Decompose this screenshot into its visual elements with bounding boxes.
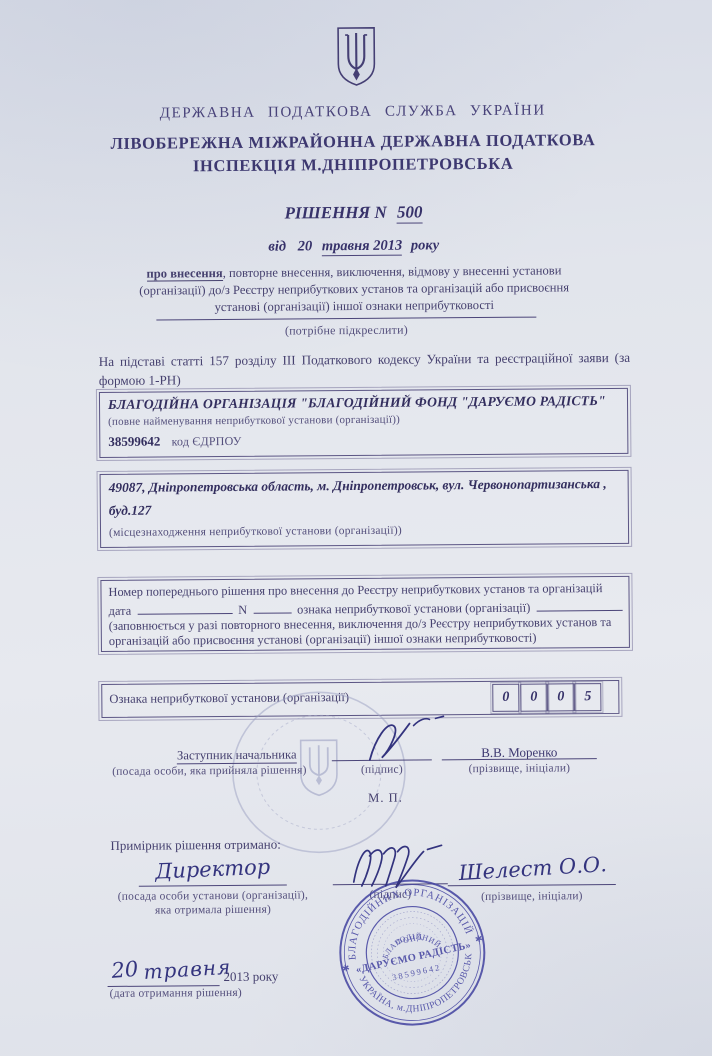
underline-rule <box>156 317 536 321</box>
receipt-position-line <box>139 859 287 887</box>
subject-line1-rest: , повторне внесення, виключення, відмову… <box>223 263 562 280</box>
basis-line2: формою 1-РН) <box>99 367 631 390</box>
decision-date-suffix: року <box>411 237 439 253</box>
edrpou-label: код ЄДРПОУ <box>172 434 242 449</box>
decision-date-line: від 20 травня 2013 року <box>154 236 554 256</box>
receipt-date-line <box>107 959 219 987</box>
agency-title: ДЕРЖАВНА ПОДАТКОВА СЛУЖБА УКРАЇНИ <box>53 102 653 124</box>
edrpou-code: 38599642 <box>108 434 160 449</box>
state-emblem-icon <box>334 26 378 88</box>
prev-date-blank <box>137 601 232 615</box>
decision-date-day: 20 <box>298 238 313 254</box>
approval-name-caption: (прізвище, ініціали) <box>442 762 597 775</box>
approval-position: Заступник начальника <box>157 747 317 763</box>
org-name: БЛАГОДІЙНА ОРГАНІЗАЦІЯ "БЛАГОДІЙНИЙ ФОНД… <box>108 393 620 413</box>
previous-decision-box: Номер попереднього рішення про внесення … <box>100 576 630 652</box>
decision-date-month-year: травня 2013 <box>322 238 403 257</box>
address-box: 49087, Дніпропетровська область, м. Дніп… <box>100 470 630 548</box>
approval-position-text: Заступник начальника <box>177 747 297 764</box>
prev-date-label: дата <box>109 604 132 619</box>
document-sheet: ДЕРЖАВНА ПОДАТКОВА СЛУЖБА УКРАЇНИ ЛІВОБЕ… <box>0 0 712 1056</box>
code-digit-cell: 0 <box>492 684 519 712</box>
receipt-position-caption2: яка отримала рішення) <box>99 903 327 917</box>
receipt-signature-scribble <box>347 839 477 895</box>
receipt-date-year: 2013 року <box>223 969 278 985</box>
org-code-line: 38599642 код ЄДРПОУ <box>108 430 620 450</box>
decision-number: 500 <box>397 202 423 223</box>
subject-paragraph: про внесення, повторне внесення, виключе… <box>94 262 614 317</box>
prev-n-label: N <box>238 603 247 618</box>
seal-star-left: ✱ <box>341 963 351 974</box>
receipt-position-caption1: (посада особи установи (організації), <box>99 889 327 903</box>
org-name-caption: (повне найменування неприбуткової устано… <box>108 412 620 428</box>
prev-n-blank <box>253 601 291 614</box>
address-line2: буд.127 <box>109 499 621 519</box>
underline-hint: (потрібне підкреслити) <box>156 322 536 340</box>
org-name-box: БЛАГОДІЙНА ОРГАНІЗАЦІЯ "БЛАГОДІЙНИЙ ФОНД… <box>99 388 629 458</box>
address-caption: (місцезнаходження неприбуткової установи… <box>109 523 621 539</box>
decision-title-prefix: РІШЕННЯ N <box>284 203 386 223</box>
prev-decision-line1: Номер попереднього рішення про внесення … <box>108 581 622 600</box>
office-title-line1: ЛІВОБЕРЕЖНА МІЖРАЙОННА ДЕРЖАВНА ПОДАТКОВ… <box>33 129 673 154</box>
code-digit-cell: 0 <box>547 683 574 711</box>
seal-inner-fond-text: ФОНД <box>395 932 424 947</box>
seal-place-abbr: М. П. <box>368 791 403 806</box>
decision-title: РІШЕННЯ N 500 <box>153 201 553 224</box>
approval-signature-scribble <box>359 715 449 764</box>
address-line1: 49087, Дніпропетровська область, м. Дніп… <box>109 476 621 496</box>
subject-lead: про внесення <box>146 266 222 282</box>
office-title-line2: ІНСПЕКЦІЯ М.ДНІПРОПЕТРОВСЬКА <box>33 152 673 177</box>
code-digit-cell: 0 <box>520 684 547 712</box>
receipt-heading: Примірник рішення отримано: <box>110 837 280 854</box>
basis-paragraph: На підставі статті 157 розділу III Подат… <box>99 348 631 390</box>
approval-position-caption: (посада особи, яка прийняла рішення) <box>102 764 317 778</box>
decision-date-prefix: від <box>268 239 286 255</box>
code-digit-cell: 5 <box>574 683 601 711</box>
receipt-date-caption: (дата отримання рішення) <box>110 986 330 1000</box>
approval-signature-caption: (підпис) <box>332 763 432 776</box>
prev-sign-blank <box>536 598 622 612</box>
prev-decision-note2: організацій або присвоєння установі (орг… <box>109 630 623 649</box>
approval-name-line <box>442 745 597 760</box>
